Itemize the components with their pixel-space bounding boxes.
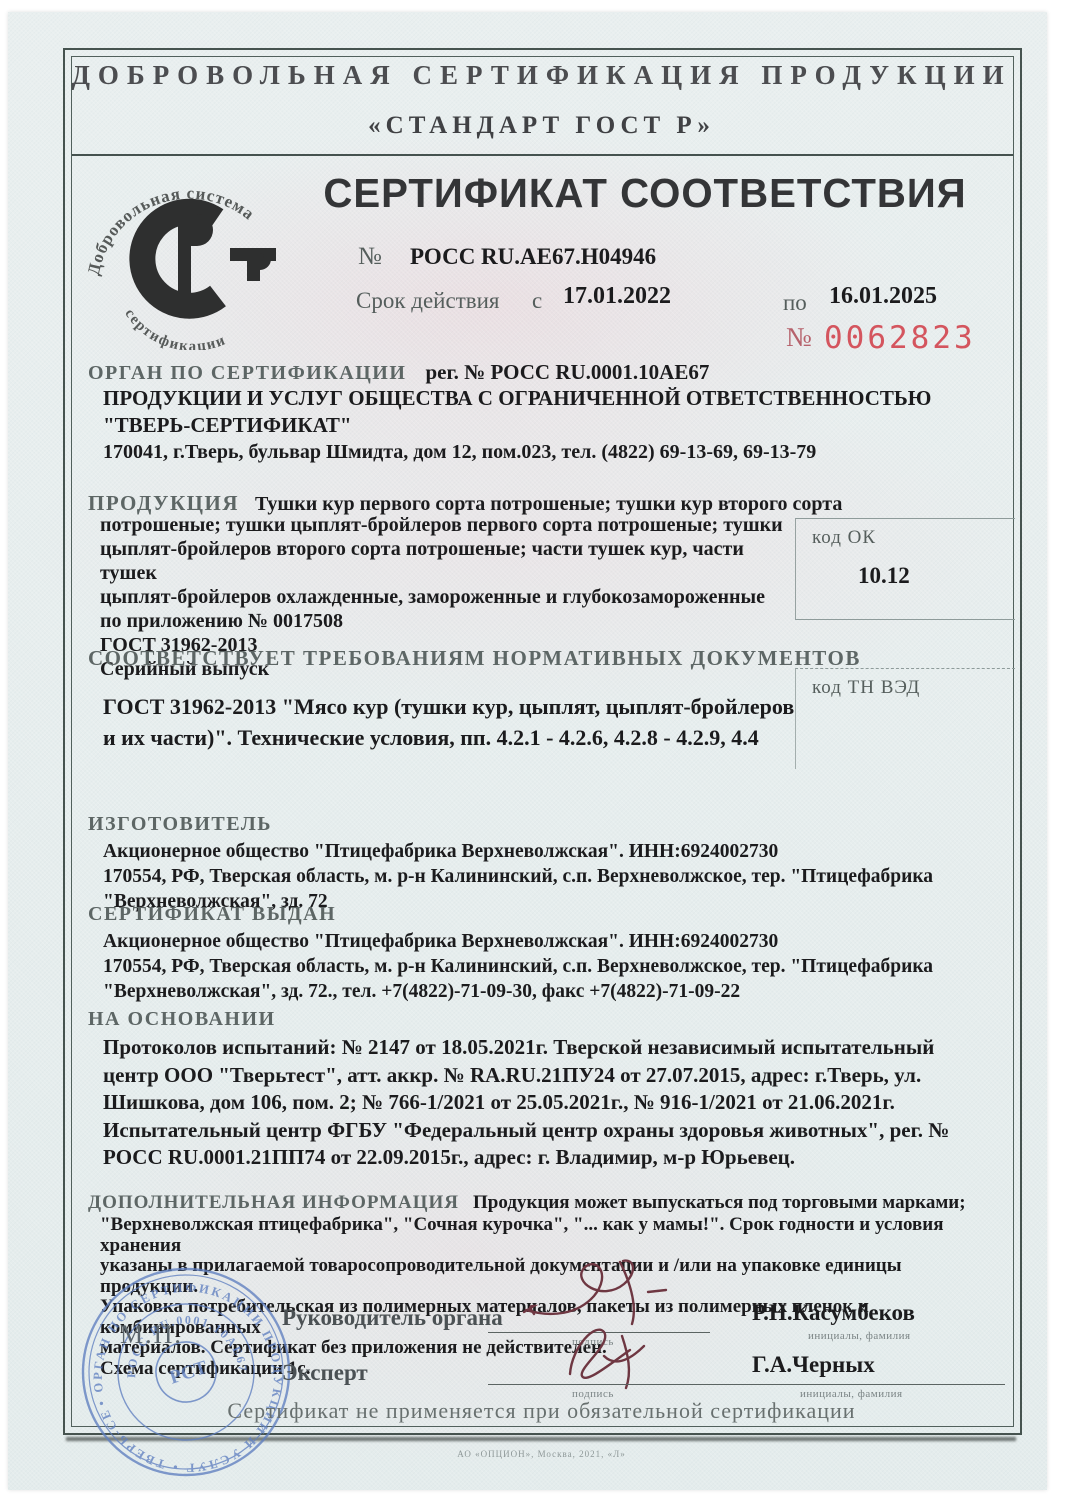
validity-from-date: 17.01.2022: [563, 283, 671, 310]
basis-lines: Протоколов испытаний: № 2147 от 18.05.20…: [103, 1034, 949, 1172]
basis-line: центр ООО "Тверьтест", атт. аккр. № RA.R…: [103, 1062, 949, 1090]
header-divider: [72, 154, 1013, 156]
certificate-number-value: РОСС RU.АЕ67.Н04946: [410, 244, 656, 270]
additional-section: ДОПОЛНИТЕЛЬНАЯ ИНФОРМАЦИЯ Продукция може…: [88, 1192, 966, 1214]
validity-from-label: с: [532, 288, 542, 314]
product-line: цыплят-бройлеров охлажденные, замороженн…: [100, 585, 800, 609]
rst-mark: [142, 212, 276, 306]
additional-header: ДОПОЛНИТЕЛЬНАЯ ИНФОРМАЦИЯ: [88, 1192, 459, 1213]
issued-to-line: Акционерное общество "Птицефабрика Верхн…: [103, 929, 933, 954]
product-header: ПРОДУКЦИЯ: [88, 491, 239, 515]
validity-label: Срок действия: [356, 288, 500, 314]
conformity-line: ГОСТ 31962-2013 "Мясо кур (тушки кур, цы…: [103, 691, 794, 722]
logo-arc-top-text: Добровольная система: [84, 184, 259, 277]
stamp-place-mark: М.П.: [120, 1320, 183, 1350]
certificate-title: СЕРТИФИКАТ СООТВЕТСТВИЯ: [302, 170, 988, 217]
expert-signature: [552, 1316, 672, 1394]
svg-text:Добровольная система: Добровольная система: [84, 184, 259, 277]
org-line: ПРОДУКЦИИ И УСЛУГ ОБЩЕСТВА С ОГРАНИЧЕННО…: [103, 386, 931, 411]
issued-to-header: СЕРТИФИКАТ ВЫДАН: [88, 903, 336, 926]
expert-name: Г.А.Черных: [752, 1352, 875, 1378]
tnved-code-label: код ТН ВЭД: [812, 677, 1015, 699]
rst-logo: Добровольная система сертификации: [82, 158, 297, 350]
expert-role-label: Эксперт: [282, 1360, 368, 1386]
band-title: ДОБРОВОЛЬНАЯ СЕРТИФИКАЦИЯ ПРОДУКЦИИ: [71, 60, 1012, 91]
footer-note: Сертификат не применяется при обязательн…: [71, 1398, 1012, 1424]
conformity-line: и их части)". Технические условия, пп. 4…: [103, 722, 794, 753]
org-section: ОРГАН ПО СЕРТИФИКАЦИИ рег. № РОСС RU.000…: [88, 360, 709, 385]
product-line: цыплят-бройлеров второго сорта потрошены…: [100, 537, 800, 585]
ok-code-label: код ОК: [812, 527, 1015, 549]
head-name-caption: инициалы, фамилия: [808, 1330, 911, 1342]
product-line: потрошеные; тушки цыплят-бройлеров перво…: [100, 513, 800, 537]
basis-header: НА ОСНОВАНИИ: [88, 1008, 276, 1031]
product-line: Тушки кур первого сорта потрошеные; тушк…: [255, 493, 842, 515]
stamp-center-text: РСТ: [167, 1357, 210, 1389]
ok-code-value: 10.12: [858, 563, 1015, 589]
manufacturer-line: Акционерное общество "Птицефабрика Верхн…: [103, 839, 933, 864]
basis-line: РОСС RU.0001.21ПП74 от 22.09.2015г., адр…: [103, 1144, 949, 1172]
org-line: 170041, г.Тверь, бульвар Шмидта, дом 12,…: [103, 441, 816, 464]
blank-number-label: №: [786, 322, 812, 353]
org-line: "ТВЕРЬ-СЕРТИФИКАТ": [103, 413, 352, 438]
expert-signature-line: [488, 1384, 1005, 1385]
basis-line: Испытательный центр ФГБУ "Федеральный це…: [103, 1117, 949, 1145]
product-line: по приложению № 0017508: [100, 609, 800, 633]
certificate-number-label: №: [358, 243, 382, 271]
issued-to-line: "Верхневолжская", зд. 72., тел. +7(4822)…: [103, 979, 933, 1004]
validity-to-date: 16.01.2025: [829, 283, 937, 310]
head-role-label: Руководитель органа: [282, 1305, 503, 1331]
org-reg-number: рег. № РОСС RU.0001.10АЕ67: [425, 360, 709, 384]
certificate-page: ДОБРОВОЛЬНАЯ СЕРТИФИКАЦИЯ ПРОДУКЦИИ «СТА…: [0, 0, 1065, 1501]
head-name: Р.Н.Касумбеков: [752, 1300, 915, 1326]
manufacturer-header: ИЗГОТОВИТЕЛЬ: [88, 813, 272, 836]
blank-number-value: 0062823: [824, 320, 976, 356]
conformity-header: СООТВЕТСТВУЕТ ТРЕБОВАНИЯМ НОРМАТИВНЫХ ДО…: [88, 646, 861, 671]
ok-code-box: код ОК 10.12: [795, 518, 1015, 620]
tnved-code-box: код ТН ВЭД: [795, 668, 1015, 769]
basis-line: Шишкова, дом 106, пом. 2; № 766-1/2021 о…: [103, 1089, 949, 1117]
manufacturer-line: 170554, РФ, Тверская область, м. р-н Кал…: [103, 864, 933, 889]
conformity-lines: ГОСТ 31962-2013 "Мясо кур (тушки кур, цы…: [103, 691, 794, 753]
issued-to-line: 170554, РФ, Тверская область, м. р-н Кал…: [103, 954, 933, 979]
org-header: ОРГАН ПО СЕРТИФИКАЦИИ: [88, 362, 406, 384]
band-subtitle: «СТАНДАРТ ГОСТ Р»: [71, 112, 1012, 140]
print-footer: АО «ОПЦИОН», Москва, 2021, «Л»: [71, 1449, 1012, 1459]
basis-line: Протоколов испытаний: № 2147 от 18.05.20…: [103, 1034, 949, 1062]
issued-to-lines: Акционерное общество "Птицефабрика Верхн…: [103, 929, 933, 1004]
additional-line: Продукция может выпускаться под торговым…: [473, 1192, 966, 1213]
validity-to-label: по: [783, 290, 807, 316]
